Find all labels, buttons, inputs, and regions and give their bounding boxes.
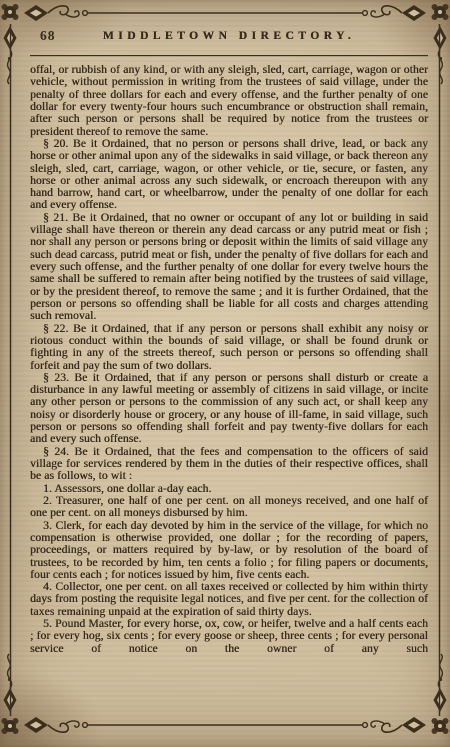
fee-item-clerk: 3. Clerk, for each day devoted by him in… — [30, 520, 428, 582]
paragraph-section-21: § 21. Be it Ordained, that no owner or o… — [30, 212, 428, 323]
paragraph-section-22: § 22. Be it Ordained, that if any person… — [30, 323, 428, 372]
fee-item-collector: 4. Collector, one per cent. on all taxes… — [30, 581, 428, 618]
paragraph-offal-continuation: offal, or rubbish of any kind, or with a… — [30, 64, 428, 138]
paragraph-section-24: § 24. Be it Ordained, that the fees and … — [30, 446, 428, 483]
header-rule — [30, 55, 428, 56]
ordinances-text: offal, or rubbish of any kind, or with a… — [30, 64, 428, 655]
page-number: 68 — [40, 28, 56, 44]
fee-item-pound-master: 5. Pound Master, for every horse, ox, co… — [30, 618, 428, 655]
running-title: MIDDLETOWN DIRECTORY. — [30, 26, 428, 42]
scanned-directory-page: 68 MIDDLETOWN DIRECTORY. offal, or rubbi… — [0, 0, 450, 747]
running-head: 68 MIDDLETOWN DIRECTORY. — [30, 26, 428, 48]
paragraph-section-20: § 20. Be it Ordained, that no person or … — [30, 138, 428, 212]
paragraph-section-23: § 23. Be it Ordained, that if any person… — [30, 372, 428, 446]
fee-item-treasurer: 2. Treasurer, one half of one per cent. … — [30, 495, 428, 520]
page-content: 68 MIDDLETOWN DIRECTORY. offal, or rubbi… — [30, 26, 428, 655]
